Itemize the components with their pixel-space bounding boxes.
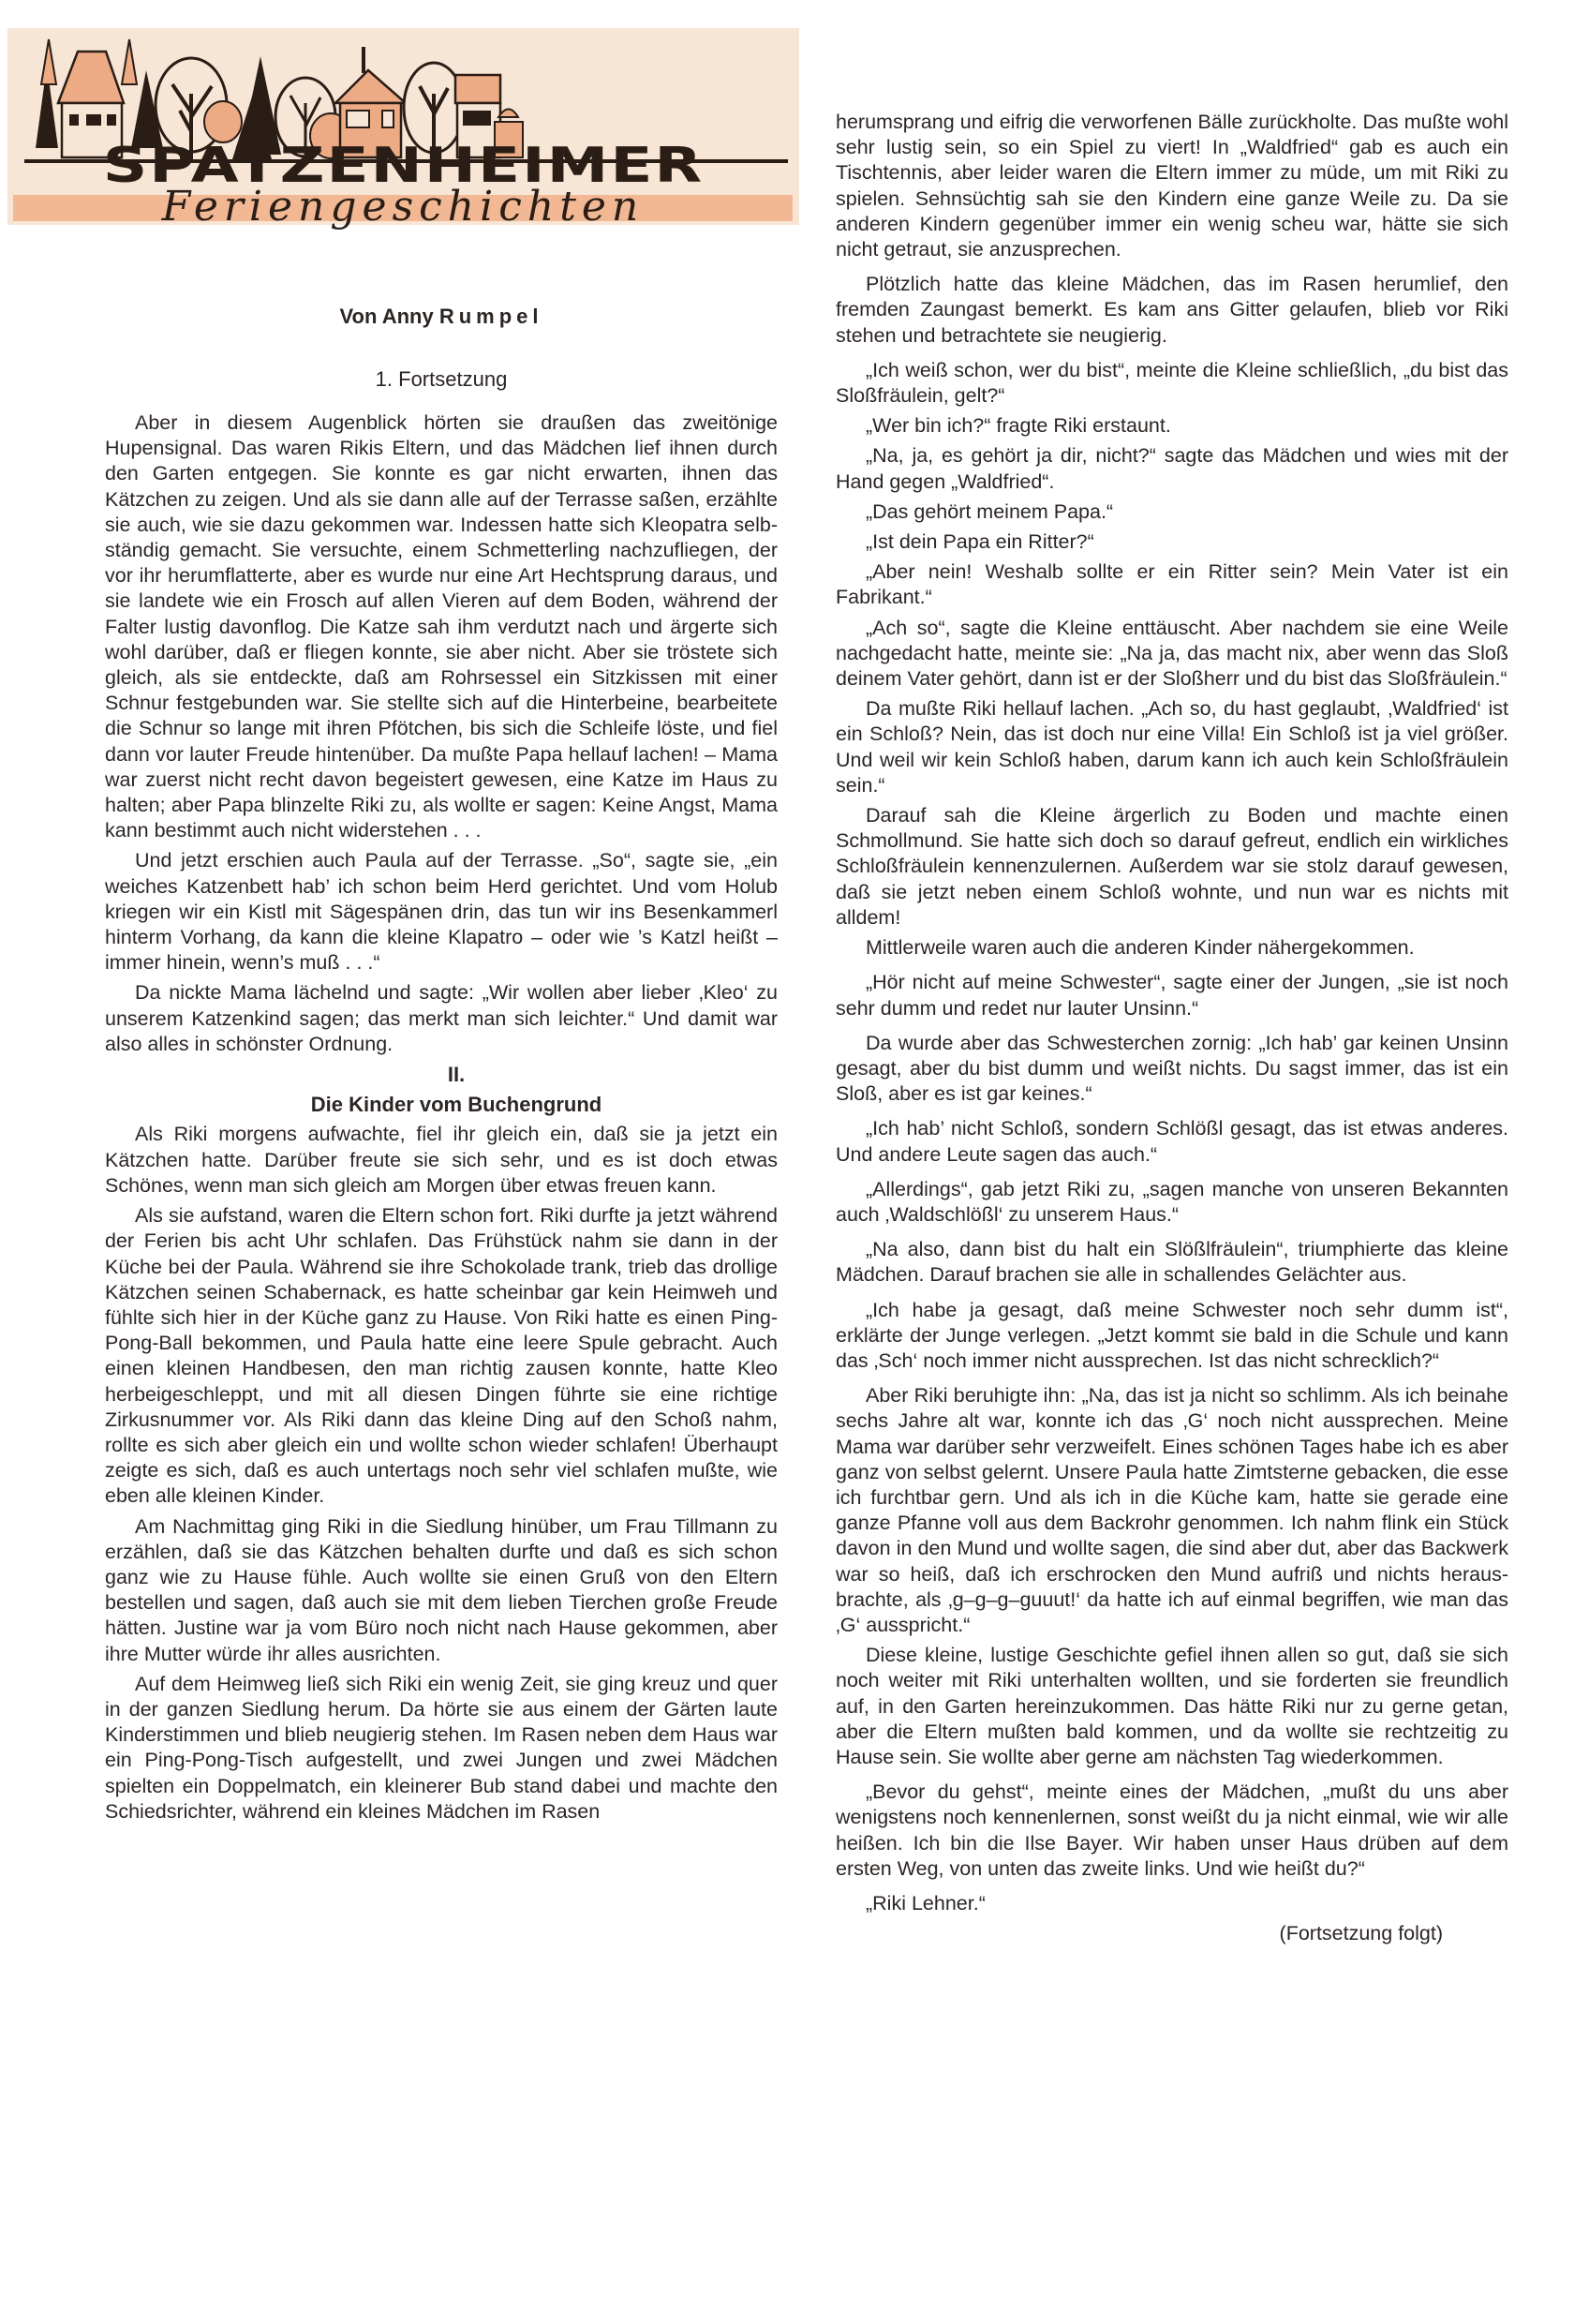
paragraph: „Ich weiß schon, wer du bist“, meinte di… <box>836 358 1508 409</box>
paragraph: „Ich hab’ nicht Schloß, sondern Schlößl … <box>836 1116 1508 1167</box>
paragraph: Da nickte Mama lächelnd und sagte: „Wir … <box>105 980 778 1057</box>
masthead-title: SPATZENHEIMER <box>7 144 799 186</box>
paragraph: „Das gehört meinem Papa.“ <box>836 499 1508 525</box>
byline-prefix: Von Anny <box>339 305 433 328</box>
paragraph-continuation: herumsprang und eifrig die verworfenen B… <box>836 110 1508 262</box>
house-roof-icon <box>335 70 406 103</box>
paragraph: Aber Riki beruhigte ihn: „Na, das ist ja… <box>836 1383 1508 1638</box>
paragraph: Auf dem Heimweg ließ sich Riki ein wenig… <box>105 1672 778 1825</box>
paragraph: „Bevor du gehst“, meinte eines der Mädch… <box>836 1780 1508 1882</box>
paragraph: Als Riki morgens aufwachte, fiel ihr gle… <box>105 1122 778 1199</box>
paragraph: „Ist dein Papa ein Ritter?“ <box>836 529 1508 555</box>
paragraph: „Ich habe ja gesagt, daß meine Schwester… <box>836 1298 1508 1375</box>
episode-label: 1. Fortsetzung <box>105 367 778 392</box>
paragraph: Plötzlich hatte das kleine Mädchen, das … <box>836 272 1508 349</box>
paragraph: Da mußte Riki hellauf lachen. „Ach so, d… <box>836 696 1508 798</box>
paragraph: „Na, ja, es gehört ja dir, nicht?“ sagte… <box>836 443 1508 494</box>
paragraph: Am Nachmittag ging Riki in die Siedlung … <box>105 1514 778 1667</box>
paragraph: „Wer bin ich?“ fragte Riki erstaunt. <box>836 413 1508 439</box>
paragraph: Da wurde aber das Schwesterchen zornig: … <box>836 1031 1508 1108</box>
paragraph: Mittlerweile waren auch die anderen Kind… <box>836 935 1508 961</box>
paragraph: „Allerdings“, gab jetzt Riki zu, „sagen … <box>836 1177 1508 1228</box>
paragraph: Aber in diesem Augenblick hörten sie dra… <box>105 410 778 843</box>
paragraph: „Hör nicht auf meine Schwester“, sagte e… <box>836 970 1508 1020</box>
chapter-number: II. <box>105 1062 778 1087</box>
chapter-title: Die Kinder vom Buchengrund <box>105 1092 778 1117</box>
paragraph: Als sie aufstand, waren die Eltern schon… <box>105 1203 778 1509</box>
byline-author: Rumpel <box>439 305 543 328</box>
paragraph: „Aber nein! Weshalb sollte er ein Ritter… <box>836 559 1508 610</box>
paragraph: „Na also, dann bist du halt ein Slößlfrä… <box>836 1237 1508 1288</box>
right-column: herumsprang und eifrig die verworfenen B… <box>836 110 1508 1951</box>
paragraph: Diese kleine, lustige Geschichte gefiel … <box>836 1643 1508 1770</box>
masthead-subtitle: Feriengeschichten <box>13 184 793 231</box>
paragraph: Und jetzt erschien auch Paula auf der Te… <box>105 848 778 976</box>
paragraph: „Riki Lehner.“ <box>836 1891 1508 1916</box>
left-column: Aber in diesem Augenblick hörten sie dra… <box>105 410 778 1829</box>
to-be-continued-note: (Fortsetzung folgt) <box>836 1921 1508 1946</box>
paragraph: „Ach so“, sagte die Kleine enttäuscht. A… <box>836 616 1508 693</box>
manor-roof-icon <box>58 52 124 103</box>
paragraph: Darauf sah die Kleine ärgerlich zu Boden… <box>836 803 1508 931</box>
byline: Von Anny Rumpel <box>105 305 778 329</box>
